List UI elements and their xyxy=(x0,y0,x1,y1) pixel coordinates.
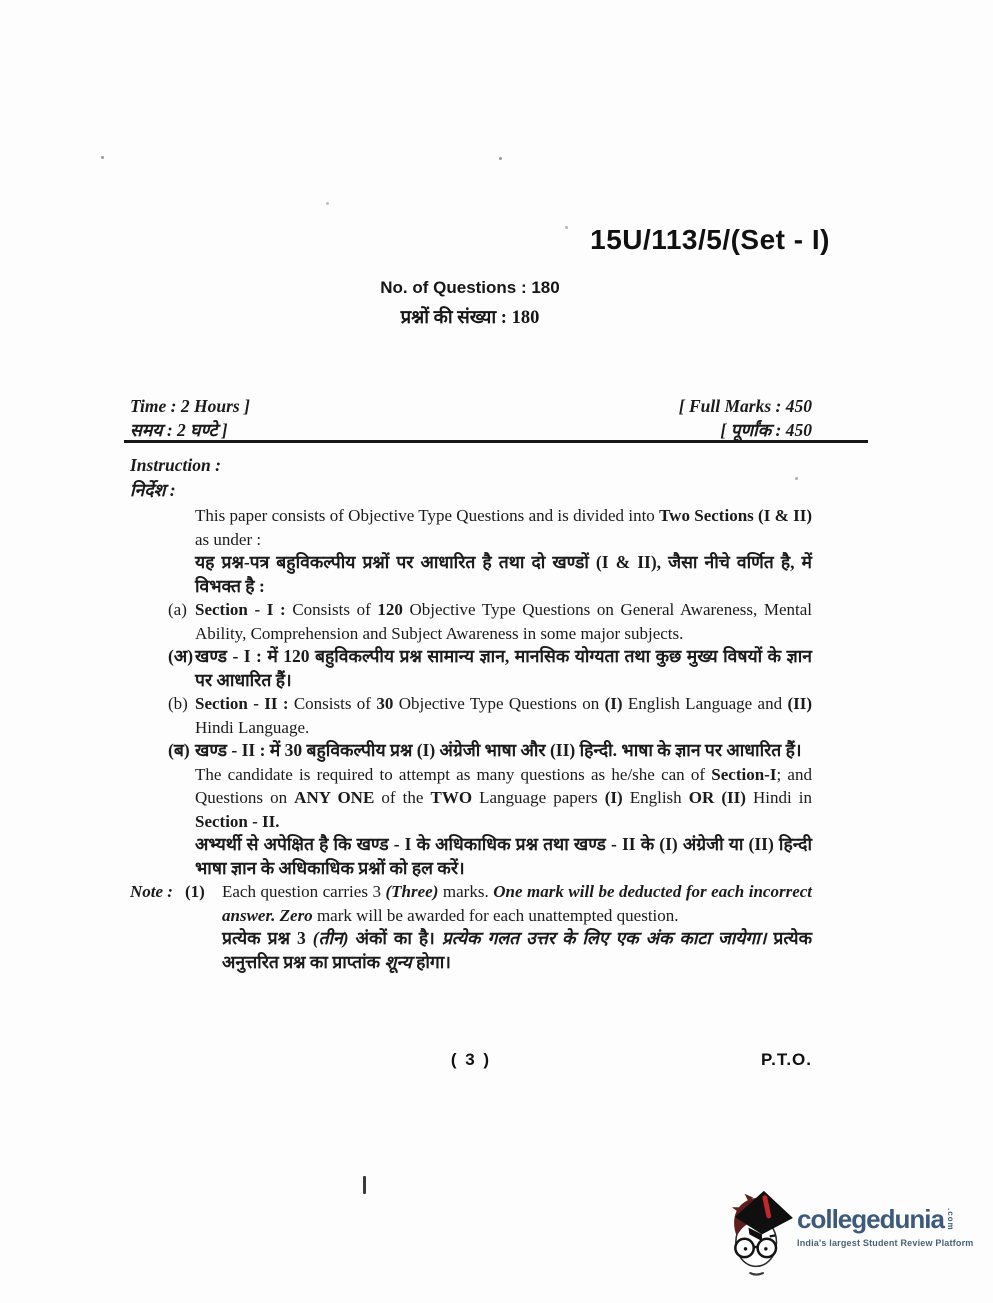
note-number: (1) xyxy=(185,880,222,974)
marks-block: [ Full Marks : 450 [ पूर्णांक : 450 xyxy=(679,394,812,442)
scan-speck xyxy=(499,157,502,160)
scanned-exam-paper-page: 15U/113/5/(Set - I) No. of Questions : 1… xyxy=(0,0,993,1303)
page-footer: ( 3 ) P.T.O. xyxy=(130,1050,812,1076)
logo-text-block: collegedunia .com India's largest Studen… xyxy=(797,1186,973,1248)
list-item-text: खण्ड - I : में 120 बहुविकल्पीय प्रश्न सा… xyxy=(195,645,812,692)
list-item-a: (a) Section - I : Consists of 120 Object… xyxy=(130,598,812,645)
scan-speck xyxy=(795,477,798,480)
instructions-body: This paper consists of Objective Type Qu… xyxy=(130,504,812,974)
instruction-label-english: Instruction : xyxy=(130,453,221,478)
logo-brand-name: collegedunia xyxy=(797,1204,944,1235)
time-english: Time : 2 Hours ] xyxy=(130,394,250,418)
list-item-text: Section - II : Consists of 30 Objective … xyxy=(195,692,812,739)
collegedunia-logo: collegedunia .com India's largest Studen… xyxy=(727,1186,991,1276)
page-number: ( 3 ) xyxy=(130,1050,812,1070)
list-marker: (अ) xyxy=(168,645,195,692)
horizontal-rule xyxy=(124,440,868,443)
note-text-english: Each question carries 3 (Three) marks. O… xyxy=(222,880,812,927)
list-item-text: खण्ड - II : में 30 बहुविकल्पीय प्रश्न (I… xyxy=(195,739,812,763)
instruction-labels: Instruction : निर्देश : xyxy=(130,453,221,503)
list-marker: (a) xyxy=(168,598,195,645)
time-block: Time : 2 Hours ] समय : 2 घण्टे ] xyxy=(130,394,250,442)
intro-paragraph-hindi: यह प्रश्न-पत्र बहुविकल्पीय प्रश्नों पर आ… xyxy=(130,551,812,598)
note-text-hindi: प्रत्येक प्रश्न 3 (तीन) अंकों का है। प्र… xyxy=(222,927,812,974)
full-marks-english: [ Full Marks : 450 xyxy=(679,394,812,418)
note-body: Each question carries 3 (Three) marks. O… xyxy=(222,880,812,974)
note-label: Note : xyxy=(130,880,185,974)
instruction-label-hindi: निर्देश : xyxy=(130,478,221,503)
question-count-english: No. of Questions : 180 xyxy=(275,278,665,298)
logo-tld: .com xyxy=(946,1208,955,1231)
time-hindi: समय : 2 घण्टे ] xyxy=(130,418,250,442)
note-block: Note : (1) Each question carries 3 (Thre… xyxy=(130,880,812,974)
scan-speck xyxy=(101,156,104,159)
list-item-a-hindi: (अ) खण्ड - I : में 120 बहुविकल्पीय प्रश्… xyxy=(130,645,812,692)
scan-speck xyxy=(565,226,568,229)
graduate-mascot-icon xyxy=(727,1186,795,1277)
pto-label: P.T.O. xyxy=(761,1050,812,1070)
list-item-text: Section - I : Consists of 120 Objective … xyxy=(195,598,812,645)
scan-speck xyxy=(326,202,329,205)
candidate-paragraph-hindi: अभ्यर्थी से अपेक्षित है कि खण्ड - I के अ… xyxy=(130,833,812,880)
question-count-block: No. of Questions : 180 प्रश्नों की संख्य… xyxy=(275,278,665,329)
logo-tagline: India's largest Student Review Platform xyxy=(797,1238,973,1248)
paper-code: 15U/113/5/(Set - I) xyxy=(590,224,830,256)
scan-mark-bar xyxy=(363,1176,366,1194)
full-marks-hindi: [ पूर्णांक : 450 xyxy=(679,418,812,442)
list-item-b-hindi: (ब) खण्ड - II : में 30 बहुविकल्पीय प्रश्… xyxy=(130,739,812,763)
question-count-hindi: प्रश्नों की संख्या : 180 xyxy=(275,304,665,329)
list-item-b: (b) Section - II : Consists of 30 Object… xyxy=(130,692,812,739)
candidate-paragraph-english: The candidate is required to attempt as … xyxy=(130,763,812,834)
intro-paragraph-english: This paper consists of Objective Type Qu… xyxy=(130,504,812,551)
list-marker: (ब) xyxy=(168,739,195,763)
list-marker: (b) xyxy=(168,692,195,739)
time-marks-row: Time : 2 Hours ] समय : 2 घण्टे ] [ Full … xyxy=(130,394,812,442)
